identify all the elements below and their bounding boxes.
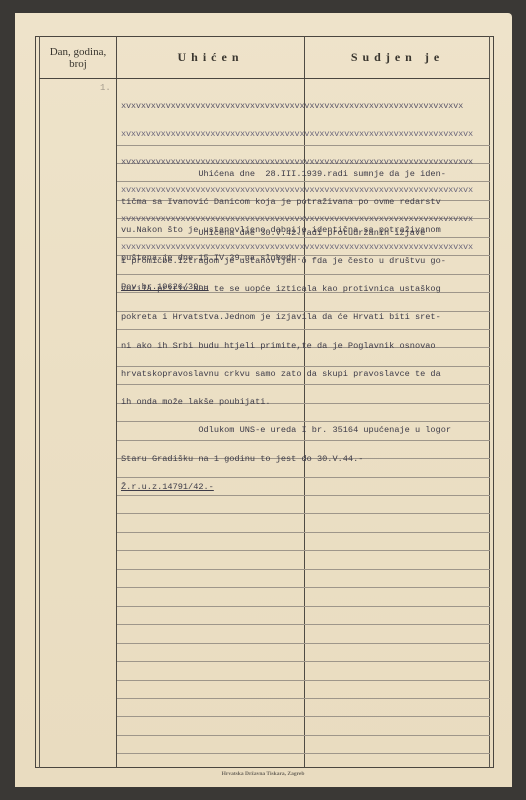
text-line: ih onda može lakše poubijati. xyxy=(121,398,451,407)
text-line: Staru Gradišku na 1 godinu to jest do 30… xyxy=(121,455,451,464)
header-date-number: Dan, godina, broj xyxy=(40,37,116,78)
text-line: ni ako ih Srbi budu htjeli primite,te da… xyxy=(121,342,451,351)
ruled-line xyxy=(117,716,490,717)
text-line: vorila pritiv NDH te se uopće izticala k… xyxy=(121,285,451,294)
header-arrested: Uhićen xyxy=(117,37,304,78)
ruled-line xyxy=(117,753,490,754)
arrest-record-1942: Uhićena dne 30.V.42.radi protudržanih iz… xyxy=(121,210,451,502)
text-line: tičma sa Ivanović Danicom koja je potraž… xyxy=(121,198,446,207)
text-line: Uhićena dne 30.V.42.radi protudržanih iz… xyxy=(121,229,451,238)
text-line: Odlukom UNS-e ureda I br. 35164 upućenaj… xyxy=(121,426,451,435)
reference-number: Ž.r.u.z.14791/42.- xyxy=(121,483,451,492)
text-line: Uhićena dne 28.III.1939.radi sumnje da j… xyxy=(121,170,446,179)
ruled-line xyxy=(117,680,490,681)
ruled-line xyxy=(117,661,490,662)
ruled-line xyxy=(117,735,490,736)
header-divider xyxy=(39,78,490,79)
ruled-line xyxy=(117,513,490,514)
row-number: 1. xyxy=(100,83,111,93)
struck-line: xvxvxvxvxvxvxvxvxvxvxvxvxvxvxvxvxvxvxvxv… xyxy=(121,102,473,111)
printer-imprint: Hrvatska Državna Tiskara, Zagreb xyxy=(0,771,526,777)
text-line: pokreta i Hrvatstva.Jednom je izjavila d… xyxy=(121,313,451,322)
ruled-line xyxy=(117,587,490,588)
header-sentenced: Sudjen je xyxy=(305,37,490,78)
ruled-line xyxy=(117,569,490,570)
ruled-line xyxy=(117,550,490,551)
ruled-line xyxy=(117,643,490,644)
struck-line: xvxvxvxvxvxvxvxvxvxvxvxvxvxvxvxvxvxvxvxv… xyxy=(121,130,473,139)
ruled-line xyxy=(117,698,490,699)
ruled-line xyxy=(117,606,490,607)
ruled-line xyxy=(117,532,490,533)
ruled-line xyxy=(117,624,490,625)
text-line: hrvatskopravoslavnu crkvu samo zato da s… xyxy=(121,370,451,379)
text-line: i promičbe.Iztragom je ustanovljen o fda… xyxy=(121,257,451,266)
